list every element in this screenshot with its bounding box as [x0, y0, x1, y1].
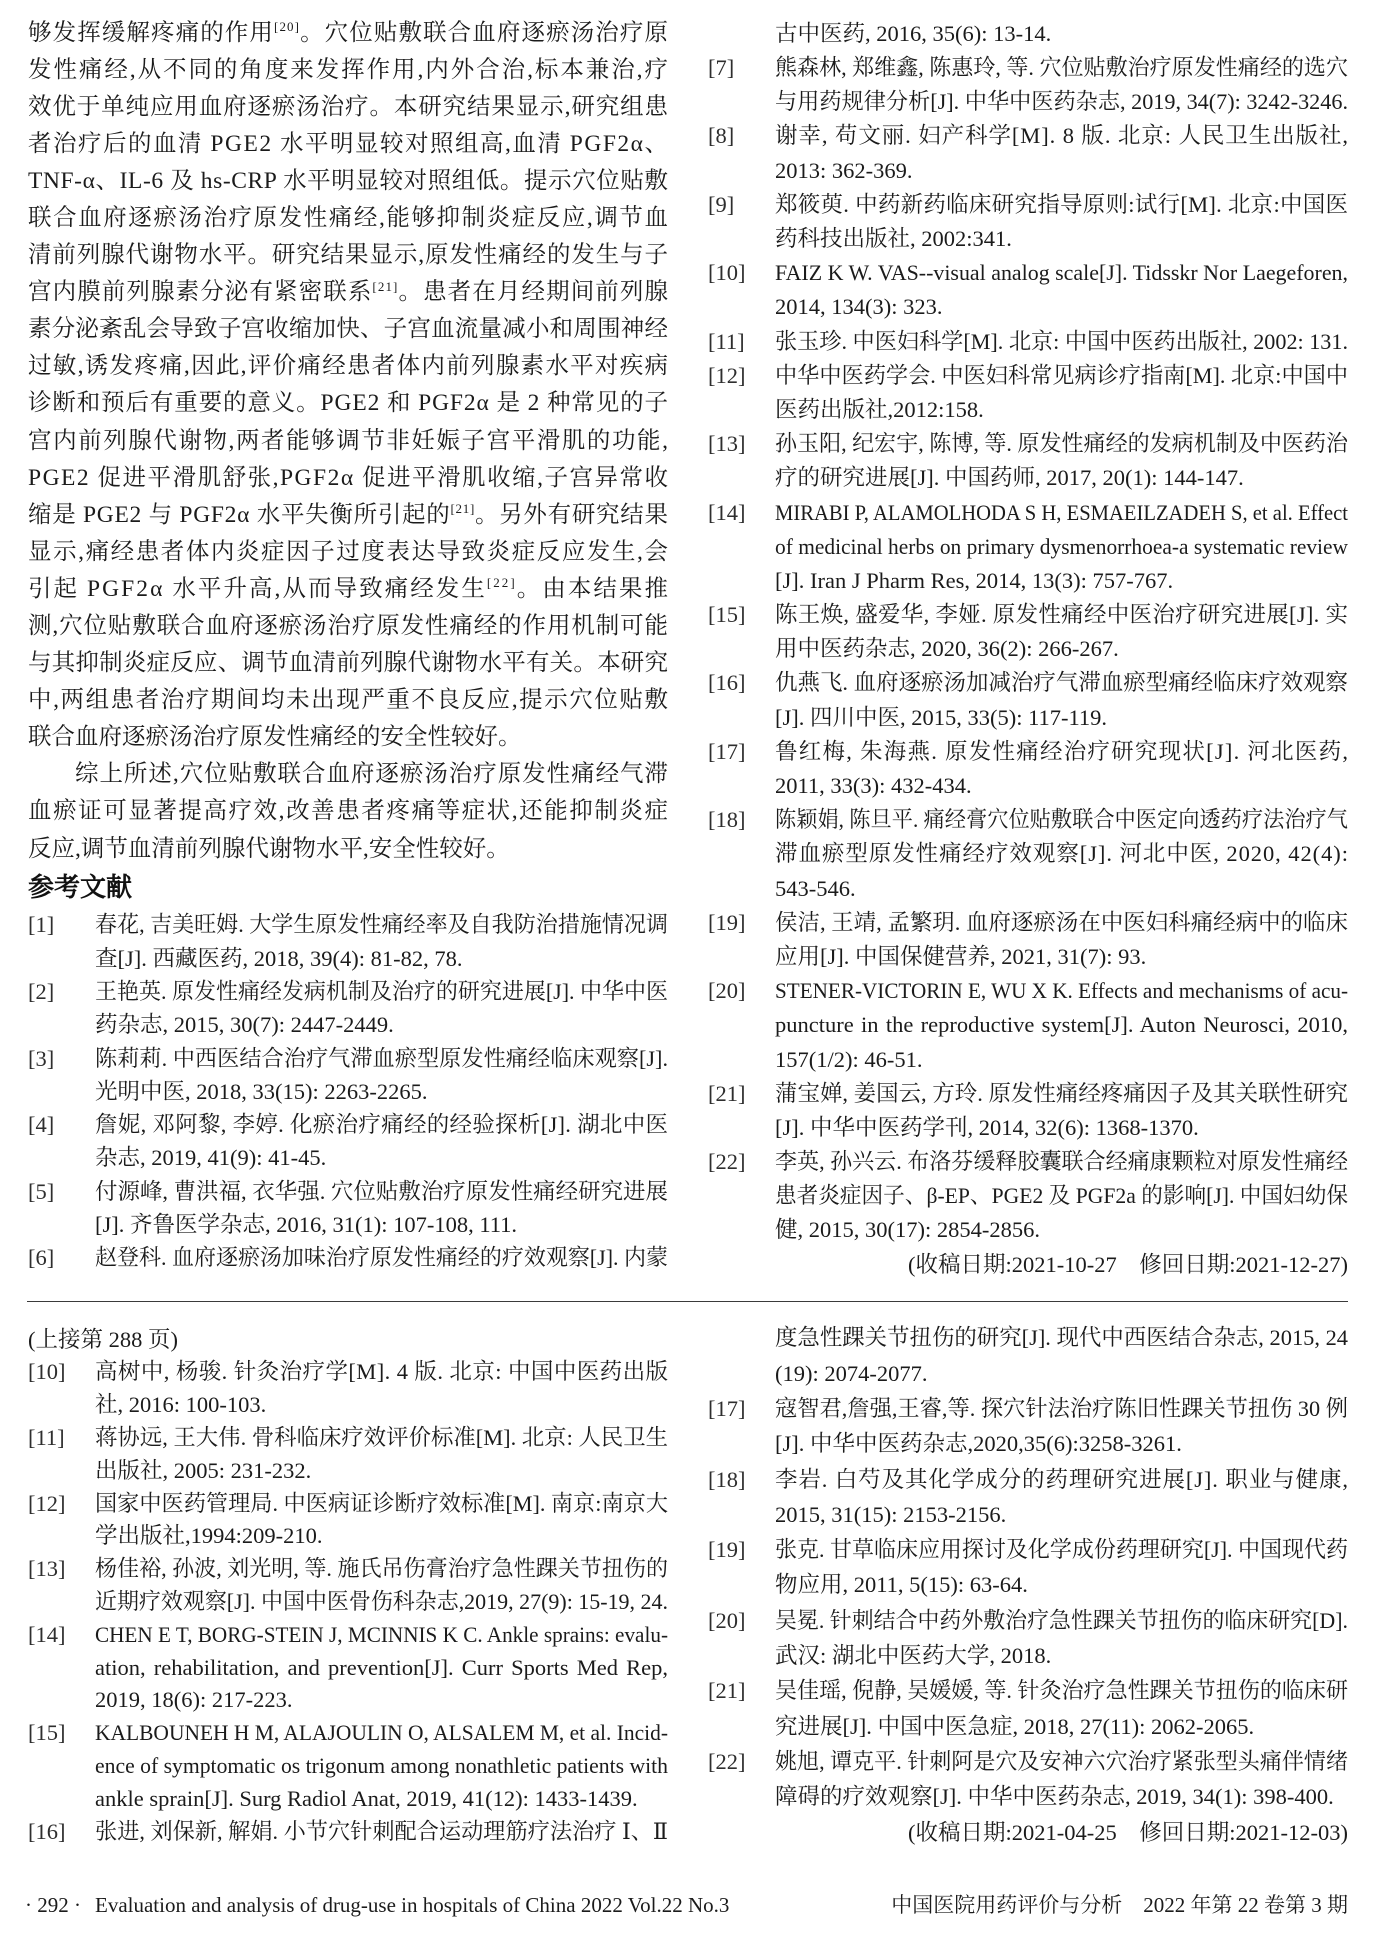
reference-line: 春花, 吉美旺姆. 大学生原发性痛经率及自我防治措施情况调 [95, 908, 668, 941]
text-line: 中,两组患者治疗期间均未出现严重不良反应,提示穴位贴敷 [28, 682, 668, 719]
line-text: 陈颖娟, 陈旦平. 痛经膏穴位贴敷联合中医定向透药疗法治疗气 [775, 803, 1348, 837]
text-line: TNF-α、IL-6 及 hs-CRP 水平明显较对照组低。提示穴位贴敷 [28, 163, 668, 200]
line-text: 仇燕飞. 血府逐瘀汤加减治疗气滞血瘀型痛经临床疗效观察 [775, 666, 1348, 700]
line-text: 与用药规律分析[J]. 中华中医药杂志, 2019, 34(7): 3242-3… [775, 85, 1348, 119]
reference-number: [21] [708, 1673, 746, 1708]
reference-line: 2019, 18(6): 217-223. [95, 1684, 668, 1717]
line-text: 张克. 甘草临床应用探讨及化学成份药理研究[J]. 中国现代药 [775, 1532, 1348, 1567]
reference-continuation-line: (19): 2074-2077. [775, 1356, 1348, 1391]
reference-line: 熊森林, 郑维鑫, 陈惠玲, 等. 穴位贴敷治疗原发性痛经的选穴 [775, 51, 1348, 85]
reference-number: [11] [708, 325, 745, 359]
reference-line: [J]. 中华中医药杂志,2020,35(6):3258-3261. [775, 1426, 1348, 1461]
reference-line: 543-546. [775, 872, 1348, 906]
reference-number: [11] [28, 1422, 65, 1455]
reference-continuation-line: 古中医药, 2016, 35(6): 13-14. [775, 17, 1348, 51]
text-line: 缩是 PGE2 与 PGF2α 水平失衡所引起的[21]。另外有研究结果 [28, 497, 668, 534]
reference-line: 出版社, 2005: 231-232. [95, 1455, 668, 1488]
line-text: 究进展[J]. 中国中医急症, 2018, 27(11): 2062-2065. [775, 1709, 1254, 1744]
line-text: 医药出版社,2012:158. [775, 393, 984, 427]
line-text: [J]. Iran J Pharm Res, 2014, 13(3): 757-… [775, 564, 1173, 598]
reference-20: [20] STENER-VICTORIN E, WU X K. Effects … [708, 974, 1348, 1077]
text-line: 清前列腺代谢物水平。研究结果显示,原发性痛经的发生与子 [28, 237, 668, 274]
line-text: 发性痛经,从不同的角度来发挥作用,内外合治,标本兼治,疗 [28, 52, 670, 89]
line-text: 者治疗后的血清 PGE2 水平明显较对照组高,血清 PGF2α、 [28, 126, 670, 163]
reference-number: [14] [28, 1619, 66, 1652]
text-line: 显示,痛经患者体内炎症因子过度表达导致炎症反应发生,会 [28, 534, 668, 571]
reference-line: 疗的研究进展[J]. 中国药师, 2017, 20(1): 144-147. [775, 461, 1348, 495]
received-revised-dates: (收稿日期:2021-10-27 修回日期:2021-12-27) [708, 1248, 1348, 1282]
citation-superscript: [21] [372, 279, 398, 294]
references-list-left: [1] 春花, 吉美旺姆. 大学生原发性痛经率及自我防治措施情况调 查[J]. … [28, 908, 668, 1274]
line-text: 姚旭, 谭克平. 针刺阿是穴及安神六穴治疗紧张型头痛伴情绪 [775, 1744, 1348, 1779]
page-number: · 292 · [25, 1893, 81, 1917]
line-text: 李岩. 白芍及其化学成分的药理研究进展[J]. 职业与健康, [775, 1462, 1349, 1497]
line-text: 出版社, 2005: 231-232. [95, 1455, 311, 1488]
reference-number: [9] [708, 188, 734, 222]
line-text: (上接第 288 页) [28, 1324, 178, 1357]
line-text: 用中医药杂志, 2020, 36(2): 266-267. [775, 632, 1119, 666]
reference-line: 郑筱萸. 中药新药临床研究指导原则:试行[M]. 北京:中国医 [775, 188, 1348, 222]
reference-number: [22] [708, 1145, 746, 1179]
text-line: 效优于单纯应用血府逐瘀汤治疗。本研究结果显示,研究组患 [28, 89, 668, 126]
reference-line: 患者炎症因子、β-EP、PGE2 及 PGF2a 的影响[J]. 中国妇幼保 [775, 1179, 1348, 1213]
reference-line: 究进展[J]. 中国中医急症, 2018, 27(11): 2062-2065. [775, 1709, 1348, 1744]
line-text: 157(1/2): 46-51. [775, 1043, 922, 1077]
line-text: 联合血府逐瘀汤治疗原发性痛经,能够抑制炎症反应,调节血 [28, 200, 670, 237]
line-text: 综上所述,穴位贴敷联合血府逐瘀汤治疗原发性痛经气滞 [75, 756, 669, 793]
line-text: 效优于单纯应用血府逐瘀汤治疗。本研究结果显示,研究组患 [28, 89, 669, 126]
reference-line: 吴佳瑶, 倪静, 吴媛媛, 等. 针灸治疗急性踝关节扭伤的临床研 [775, 1673, 1348, 1708]
reference-line: 高树中, 杨骏. 针灸治疗学[M]. 4 版. 北京: 中国中医药出版 [95, 1356, 668, 1389]
line-text: 鲁红梅, 朱海燕. 原发性痛经治疗研究现状[J]. 河北医药, [775, 735, 1349, 769]
line-text: 度急性踝关节扭伤的研究[J]. 现代中西医结合杂志, 2015, 24 [775, 1320, 1348, 1355]
line-text: ation, rehabilitation, and prevention[J]… [95, 1652, 668, 1685]
line-text: 健, 2015, 30(17): 2854-2856. [775, 1213, 1040, 1247]
reference-13: [13] 孙玉阳, 纪宏宇, 陈博, 等. 原发性痛经的发病机制及中医药治 疗的… [708, 427, 1348, 495]
text-line: 过敏,诱发疼痛,因此,评价痛经患者体内前列腺素水平对疾病 [28, 348, 668, 385]
reference-line: 孙玉阳, 纪宏宇, 陈博, 等. 原发性痛经的发病机制及中医药治 [775, 427, 1348, 461]
line-text: 联合血府逐瘀汤治疗原发性痛经的安全性较好。 [28, 719, 522, 756]
line-text: 与其抑制炎症反应、调节血清前列腺代谢物水平有关。本研究 [28, 645, 668, 682]
line-text: 2014, 134(3): 323. [775, 290, 943, 324]
citation-superscript: [21] [450, 501, 475, 516]
text-segment: 引起 PGF2α 水平升高,从而导致痛经发生 [28, 576, 487, 602]
text-segment: 。由本结果推 [517, 576, 670, 602]
reference-line: 赵登科. 血府逐瘀汤加味治疗原发性痛经的疗效观察[J]. 内蒙 [95, 1241, 668, 1274]
line-text: [J]. 中华中医药杂志,2020,35(6):3258-3261. [775, 1426, 1182, 1461]
line-text: 显示,痛经患者体内炎症因子过度表达导致炎症反应发生,会 [28, 534, 670, 571]
line-text: 张进, 刘保新, 解娟. 小节穴针刺配合运动理筋疗法治疗 Ⅰ、Ⅱ [95, 1816, 668, 1849]
line-text: STENER-VICTORIN E, WU X K. Effects and m… [775, 974, 1348, 1008]
reference-line: 寇智君,詹强,王睿,等. 探穴针法治疗陈旧性踝关节扭伤 30 例 [775, 1391, 1348, 1426]
line-text: 滞血瘀型原发性痛经疗效观察[J]. 河北中医, 2020, 42(4): [775, 837, 1349, 871]
reference-number: [16] [28, 1816, 66, 1849]
line-text: 近期疗效观察[J]. 中国中医骨伤科杂志,2019, 27(9): 15-19,… [95, 1586, 668, 1619]
line-text: 蒋协远, 王大伟. 骨科临床疗效评价标准[M]. 北京: 人民卫生 [95, 1422, 668, 1455]
line-text: 药科技出版社, 2002:341. [775, 222, 1012, 256]
conclusion-first-line: 综上所述,穴位贴敷联合血府逐瘀汤治疗原发性痛经气滞 [75, 756, 668, 793]
line-text: 谢幸, 苟文丽. 妇产科学[M]. 8 版. 北京: 人民卫生出版社, [775, 119, 1349, 153]
reference-line: 陈颖娟, 陈旦平. 痛经膏穴位贴敷联合中医定向透药疗法治疗气 [775, 803, 1348, 837]
line-text: KALBOUNEH H M, ALAJOULIN O, ALSALEM M, e… [95, 1717, 668, 1750]
line-text: 张玉珍. 中医妇科学[M]. 北京: 中国中医药出版社, 2002: 131. [775, 325, 1348, 359]
line-text: 詹妮, 邓阿黎, 李婷. 化瘀治疗痛经的经验探析[J]. 湖北中医 [95, 1108, 668, 1141]
reference-line: 仇燕飞. 血府逐瘀汤加减治疗气滞血瘀型痛经临床疗效观察 [775, 666, 1348, 700]
text-line: 引起 PGF2α 水平升高,从而导致痛经发生[22]。由本结果推 [28, 571, 668, 608]
line-text: 543-546. [775, 872, 856, 906]
reference-line: [J]. Iran J Pharm Res, 2014, 13(3): 757-… [775, 564, 1348, 598]
reference-17: [17] 寇智君,詹强,王睿,等. 探穴针法治疗陈旧性踝关节扭伤 30 例 [J… [708, 1391, 1348, 1462]
citation-superscript: [22] [487, 575, 517, 590]
line-text: (收稿日期:2021-10-27 修回日期:2021-12-27) [908, 1248, 1348, 1282]
text-line: 血瘀证可显著提高疗效,改善患者疼痛等症状,还能抑制炎症 [28, 793, 668, 830]
reference-line: 姚旭, 谭克平. 针刺阿是穴及安神六穴治疗紧张型头痛伴情绪 [775, 1744, 1348, 1779]
reference-8: [8] 谢幸, 苟文丽. 妇产科学[M]. 8 版. 北京: 人民卫生出版社, … [708, 119, 1348, 187]
reference-continuation-line: 度急性踝关节扭伤的研究[J]. 现代中西医结合杂志, 2015, 24 [775, 1320, 1348, 1355]
reference-16: [16] 张进, 刘保新, 解娟. 小节穴针刺配合运动理筋疗法治疗 Ⅰ、Ⅱ [28, 1816, 668, 1849]
reference-line: 谢幸, 苟文丽. 妇产科学[M]. 8 版. 北京: 人民卫生出版社, [775, 119, 1348, 153]
reference-11: [11] 蒋协远, 王大伟. 骨科临床疗效评价标准[M]. 北京: 人民卫生 出… [28, 1422, 668, 1488]
text-segment: 够发挥缓解疼痛的作用 [28, 20, 274, 46]
text-line: 联合血府逐瘀汤治疗原发性痛经,能够抑制炎症反应,调节血 [28, 200, 668, 237]
journal-name-english: Evaluation and analysis of drug-use in h… [95, 1893, 729, 1917]
reference-number: [12] [708, 359, 746, 393]
line-text: 诊断和预后有重要的意义。PGE2 和 PGF2α 是 2 种常见的子 [28, 385, 669, 422]
line-text: 郑筱萸. 中药新药临床研究指导原则:试行[M]. 北京:中国医 [775, 188, 1348, 222]
reference-number: [19] [708, 906, 746, 940]
reference-line: [J]. 中华中医药学刊, 2014, 32(6): 1368-1370. [775, 1111, 1348, 1145]
reference-line: ence of symptomatic os trigonum among no… [95, 1750, 668, 1783]
reference-7: [7] 熊森林, 郑维鑫, 陈惠玲, 等. 穴位贴敷治疗原发性痛经的选穴 与用药… [708, 51, 1348, 119]
page-footer-right: 中国医院用药评价与分析 2022 年第 22 卷第 3 期 [860, 1893, 1348, 1917]
reference-number: [17] [708, 735, 746, 769]
received-revised-dates: (收稿日期:2021-04-25 修回日期:2021-12-03) [708, 1815, 1348, 1850]
reference-line: 物应用, 2011, 5(15): 63-64. [775, 1567, 1348, 1602]
reference-19: [19] 张克. 甘草临床应用探讨及化学成份药理研究[J]. 中国现代药 物应用… [708, 1532, 1348, 1603]
reference-line: 吴冕. 针刺结合中药外敷治疗急性踝关节扭伤的临床研究[D]. [775, 1603, 1348, 1638]
reference-line: 张克. 甘草临床应用探讨及化学成份药理研究[J]. 中国现代药 [775, 1532, 1348, 1567]
reference-line: 鲁红梅, 朱海燕. 原发性痛经治疗研究现状[J]. 河北医药, [775, 735, 1348, 769]
journal-name-chinese: 中国医院用药评价与分析 2022 年第 22 卷第 3 期 [891, 1893, 1348, 1917]
reference-line: 2011, 33(3): 432-434. [775, 769, 1348, 803]
reference-line: 陈莉莉. 中西医结合治疗气滞血瘀型原发性痛经临床观察[J]. [95, 1042, 668, 1075]
reference-21: [21] 蒲宝婵, 姜国云, 方玲. 原发性痛经疼痛因子及其关联性研究 [J].… [708, 1077, 1348, 1145]
reference-line: ankle sprain[J]. Surg Radiol Anat, 2019,… [95, 1783, 668, 1816]
line-text: ence of symptomatic os trigonum among no… [95, 1750, 668, 1783]
reference-9: [9] 郑筱萸. 中药新药临床研究指导原则:试行[M]. 北京:中国医 药科技出… [708, 188, 1348, 256]
line-text: 陈莉莉. 中西医结合治疗气滞血瘀型原发性痛经临床观察[J]. [95, 1042, 668, 1075]
reference-number: [13] [708, 427, 746, 461]
reference-3: [3] 陈莉莉. 中西医结合治疗气滞血瘀型原发性痛经临床观察[J]. 光明中医,… [28, 1042, 668, 1109]
text-segment: 。另外有研究结果 [475, 502, 669, 528]
reference-line: 李岩. 白芍及其化学成分的药理研究进展[J]. 职业与健康, [775, 1462, 1348, 1497]
line-text: 高树中, 杨骏. 针灸治疗学[M]. 4 版. 北京: 中国中医药出版 [95, 1356, 668, 1389]
reference-line: ation, rehabilitation, and prevention[J]… [95, 1652, 668, 1685]
line-text: 中,两组患者治疗期间均未出现严重不良反应,提示穴位贴敷 [28, 682, 670, 719]
reference-line: CHEN E T, BORG-STEIN J, MCINNIS K C. Ank… [95, 1619, 668, 1652]
line-text: 赵登科. 血府逐瘀汤加味治疗原发性痛经的疗效观察[J]. 内蒙 [95, 1241, 668, 1274]
line-text: 寇智君,詹强,王睿,等. 探穴针法治疗陈旧性踝关节扭伤 30 例 [775, 1391, 1348, 1426]
line-text: puncture in the reproductive system[J]. … [775, 1008, 1348, 1042]
reference-14: [14] MIRABI P, ALAMOLHODA S H, ESMAEILZA… [708, 496, 1348, 599]
reference-line: of medicinal herbs on primary dysmenorrh… [775, 530, 1348, 564]
text-line: 者治疗后的血清 PGE2 水平明显较对照组高,血清 PGF2α、 [28, 126, 668, 163]
line-text: 古中医药, 2016, 35(6): 13-14. [775, 17, 1051, 51]
reference-number: [18] [708, 1462, 746, 1497]
reference-number: [4] [28, 1108, 54, 1141]
reference-number: [10] [28, 1356, 66, 1389]
reference-1: [1] 春花, 吉美旺姆. 大学生原发性痛经率及自我防治措施情况调 查[J]. … [28, 908, 668, 975]
text-line: 测,穴位贴敷联合血府逐瘀汤治疗原发性痛经的作用机制可能 [28, 608, 668, 645]
reference-line: KALBOUNEH H M, ALAJOULIN O, ALSALEM M, e… [95, 1717, 668, 1750]
reference-line: 医药出版社,2012:158. [775, 393, 1348, 427]
continued-references-left: (上接第 288 页) [10] 高树中, 杨骏. 针灸治疗学[M]. 4 版.… [28, 1324, 668, 1849]
discussion-text: 够发挥缓解疼痛的作用[20]。穴位贴敷联合血府逐瘀汤治疗原 发性痛经,从不同的角… [28, 15, 668, 868]
line-text: of medicinal herbs on primary dysmenorrh… [775, 530, 1348, 564]
line-text: 患者炎症因子、β-EP、PGE2 及 PGF2a 的影响[J]. 中国妇幼保 [775, 1179, 1348, 1213]
line-text: 引起 PGF2α 水平升高,从而导致痛经发生[22]。由本结果推 [28, 571, 670, 608]
reference-line: 杂志, 2019, 41(9): 41-45. [95, 1141, 668, 1174]
reference-line: 用中医药杂志, 2020, 36(2): 266-267. [775, 632, 1348, 666]
reference-number: [16] [708, 666, 746, 700]
line-text: 2011, 33(3): 432-434. [775, 769, 972, 803]
reference-line: 障碍的疗效观察[J]. 中华中医药杂志, 2019, 34(1): 398-40… [775, 1779, 1348, 1814]
text-segment: 缩是 PGE2 与 PGF2α 水平失衡所引起的 [28, 502, 450, 528]
reference-number: [6] [28, 1241, 54, 1274]
line-text: 社, 2016: 100-103. [95, 1389, 266, 1422]
line-text: 测,穴位贴敷联合血府逐瘀汤治疗原发性痛经的作用机制可能 [28, 608, 669, 645]
reference-line: 滞血瘀型原发性痛经疗效观察[J]. 河北中医, 2020, 42(4): [775, 837, 1348, 871]
reference-line: 近期疗效观察[J]. 中国中医骨伤科杂志,2019, 27(9): 15-19,… [95, 1586, 668, 1619]
reference-line: 157(1/2): 46-51. [775, 1043, 1348, 1077]
line-text: (收稿日期:2021-04-25 修回日期:2021-12-03) [908, 1815, 1348, 1850]
line-text: 中华中医药学会. 中医妇科常见病诊疗指南[M]. 北京:中国中 [775, 359, 1348, 393]
reference-11: [11] 张玉珍. 中医妇科学[M]. 北京: 中国中医药出版社, 2002: … [708, 325, 1348, 359]
reference-line: FAIZ K W. VAS--visual analog scale[J]. T… [775, 256, 1348, 290]
reference-22: [22] 姚旭, 谭克平. 针刺阿是穴及安神六穴治疗紧张型头痛伴情绪 障碍的疗效… [708, 1744, 1348, 1815]
line-text: 障碍的疗效观察[J]. 中华中医药杂志, 2019, 34(1): 398-40… [775, 1779, 1334, 1814]
text-segment: 。穴位贴敷联合血府逐瘀汤治疗原 [300, 20, 669, 46]
reference-line: 侯洁, 王靖, 孟繁玥. 血府逐瘀汤在中医妇科痛经病中的临床 [775, 906, 1348, 940]
line-text: 陈王焕, 盛爱华, 李娅. 原发性痛经中医治疗研究进展[J]. 实 [775, 598, 1348, 632]
reference-6: [6] 赵登科. 血府逐瘀汤加味治疗原发性痛经的疗效观察[J]. 内蒙 [28, 1241, 668, 1274]
line-text: 血瘀证可显著提高疗效,改善患者疼痛等症状,还能抑制炎症 [28, 793, 670, 830]
text-line: 诊断和预后有重要的意义。PGE2 和 PGF2α 是 2 种常见的子 [28, 385, 668, 422]
reference-number: [21] [708, 1077, 746, 1111]
line-text: 缩是 PGE2 与 PGF2α 水平失衡所引起的[21]。另外有研究结果 [28, 497, 669, 534]
line-text: 武汉: 湖北中医药大学, 2018. [775, 1638, 1051, 1673]
line-text: 国家中医药管理局. 中医病证诊断疗效标准[M]. 南京:南京大 [95, 1488, 668, 1521]
reference-line: 查[J]. 西藏医药, 2018, 39(4): 81-82, 78. [95, 942, 668, 975]
line-text: 应用[J]. 中国保健营养, 2021, 31(7): 93. [775, 940, 1146, 974]
reference-line: 蒲宝婵, 姜国云, 方玲. 原发性痛经疼痛因子及其关联性研究 [775, 1077, 1348, 1111]
line-text: [J]. 齐鲁医学杂志, 2016, 31(1): 107-108, 111. [95, 1208, 517, 1241]
text-line: 反应,调节血清前列腺代谢物水平,安全性较好。 [28, 831, 668, 868]
text-line: 够发挥缓解疼痛的作用[20]。穴位贴敷联合血府逐瘀汤治疗原 [28, 15, 668, 52]
reference-line: puncture in the reproductive system[J]. … [775, 1008, 1348, 1042]
footer-line: 中国医院用药评价与分析 2022 年第 22 卷第 3 期 [860, 1893, 1348, 1917]
line-text: PGE2 促进平滑肌舒张,PGF2α 促进平滑肌收缩,子宫异常收 [28, 460, 670, 497]
reference-line: 学出版社,1994:209-210. [95, 1520, 668, 1553]
reference-line: 药科技出版社, 2002:341. [775, 222, 1348, 256]
reference-number: [15] [28, 1717, 66, 1750]
reference-line: 杨佳裕, 孙波, 刘光明, 等. 施氏吊伤膏治疗急性踝关节扭伤的 [95, 1553, 668, 1586]
citation-superscript: [20] [274, 19, 300, 34]
line-text: 2015, 31(15): 2153-2156. [775, 1497, 1006, 1532]
line-text: FAIZ K W. VAS--visual analog scale[J]. T… [775, 256, 1348, 290]
continued-references-right: 度急性踝关节扭伤的研究[J]. 现代中西医结合杂志, 2015, 24 (19)… [708, 1320, 1348, 1849]
line-text: 物应用, 2011, 5(15): 63-64. [775, 1567, 1028, 1602]
reference-number: [13] [28, 1553, 66, 1586]
line-text: (19): 2074-2077. [775, 1356, 927, 1391]
reference-line: 与用药规律分析[J]. 中华中医药杂志, 2019, 34(7): 3242-3… [775, 85, 1348, 119]
section-divider [27, 1301, 1348, 1302]
reference-line: STENER-VICTORIN E, WU X K. Effects and m… [775, 974, 1348, 1008]
reference-line: 张进, 刘保新, 解娟. 小节穴针刺配合运动理筋疗法治疗 Ⅰ、Ⅱ [95, 1816, 668, 1849]
reference-18: [18] 陈颖娟, 陈旦平. 痛经膏穴位贴敷联合中医定向透药疗法治疗气 滞血瘀型… [708, 803, 1348, 906]
continued-from-note: (上接第 288 页) [28, 1324, 668, 1357]
reference-number: [18] [708, 803, 746, 837]
line-text: 过敏,诱发疼痛,因此,评价痛经患者体内前列腺素水平对疾病 [28, 348, 669, 385]
reference-line: [J]. 四川中医, 2015, 33(5): 117-119. [775, 701, 1348, 735]
reference-number: [14] [708, 496, 746, 530]
line-text: 2019, 18(6): 217-223. [95, 1684, 292, 1717]
line-text: 李英, 孙兴云. 布洛芬缓释胶囊联合经痛康颗粒对原发性痛经 [775, 1145, 1348, 1179]
line-text: [J]. 中华中医药学刊, 2014, 32(6): 1368-1370. [775, 1111, 1199, 1145]
reference-18: [18] 李岩. 白芍及其化学成分的药理研究进展[J]. 职业与健康, 2015… [708, 1462, 1348, 1533]
reference-line: 2013: 362-369. [775, 154, 1348, 188]
reference-2: [2] 王艳英. 原发性痛经发病机制及治疗的研究进展[J]. 中华中医 药杂志,… [28, 975, 668, 1042]
reference-16: [16] 仇燕飞. 血府逐瘀汤加减治疗气滞血瘀型痛经临床疗效观察 [J]. 四川… [708, 666, 1348, 734]
reference-line: 张玉珍. 中医妇科学[M]. 北京: 中国中医药出版社, 2002: 131. [775, 325, 1348, 359]
reference-22: [22] 李英, 孙兴云. 布洛芬缓释胶囊联合经痛康颗粒对原发性痛经 患者炎症因… [708, 1145, 1348, 1248]
footer-line: · 292 ·Evaluation and analysis of drug-u… [25, 1893, 760, 1917]
line-text: 清前列腺代谢物水平。研究结果显示,原发性痛经的发生与子 [28, 237, 669, 274]
reference-line: 应用[J]. 中国保健营养, 2021, 31(7): 93. [775, 940, 1348, 974]
line-text: 素分泌紊乱会导致子宫收缩加快、子宫血流量减小和周围神经 [28, 311, 668, 348]
reference-15: [15] 陈王焕, 盛爱华, 李娅. 原发性痛经中医治疗研究进展[J]. 实 用… [708, 598, 1348, 666]
line-text: 药杂志, 2015, 30(7): 2447-2449. [95, 1008, 394, 1041]
line-text: 宫内膜前列腺素分泌有紧密联系[21]。患者在月经期间前列腺 [28, 274, 669, 311]
reference-14: [14] CHEN E T, BORG-STEIN J, MCINNIS K C… [28, 1619, 668, 1717]
reference-line: [J]. 齐鲁医学杂志, 2016, 31(1): 107-108, 111. [95, 1208, 668, 1241]
reference-line: 中华中医药学会. 中医妇科常见病诊疗指南[M]. 北京:中国中 [775, 359, 1348, 393]
reference-number: [10] [708, 256, 746, 290]
line-text: 侯洁, 王靖, 孟繁玥. 血府逐瘀汤在中医妇科痛经病中的临床 [775, 906, 1348, 940]
reference-number: [17] [708, 1391, 746, 1426]
reference-number: [15] [708, 598, 746, 632]
reference-21: [21] 吴佳瑶, 倪静, 吴媛媛, 等. 针灸治疗急性踝关节扭伤的临床研 究进… [708, 1673, 1348, 1744]
reference-line: 陈王焕, 盛爱华, 李娅. 原发性痛经中医治疗研究进展[J]. 实 [775, 598, 1348, 632]
reference-20: [20] 吴冕. 针刺结合中药外敷治疗急性踝关节扭伤的临床研究[D]. 武汉: … [708, 1603, 1348, 1674]
reference-number: [20] [708, 974, 746, 1008]
line-text: 吴冕. 针刺结合中药外敷治疗急性踝关节扭伤的临床研究[D]. [775, 1603, 1348, 1638]
reference-number: [20] [708, 1603, 746, 1638]
reference-line: 付源峰, 曹洪福, 衣华强. 穴位贴敷治疗原发性痛经研究进展 [95, 1175, 668, 1208]
text-line: PGE2 促进平滑肌舒张,PGF2α 促进平滑肌收缩,子宫异常收 [28, 460, 668, 497]
text-line: 宫内膜前列腺素分泌有紧密联系[21]。患者在月经期间前列腺 [28, 274, 668, 311]
reference-19: [19] 侯洁, 王靖, 孟繁玥. 血府逐瘀汤在中医妇科痛经病中的临床 应用[J… [708, 906, 1348, 974]
reference-number: [5] [28, 1175, 54, 1208]
reference-number: [12] [28, 1488, 66, 1521]
line-text: CHEN E T, BORG-STEIN J, MCINNIS K C. Ank… [95, 1619, 668, 1652]
reference-line: 光明中医, 2018, 33(15): 2263-2265. [95, 1075, 668, 1108]
line-text: 疗的研究进展[J]. 中国药师, 2017, 20(1): 144-147. [775, 461, 1244, 495]
reference-number: [7] [708, 51, 734, 85]
reference-5: [5] 付源峰, 曹洪福, 衣华强. 穴位贴敷治疗原发性痛经研究进展 [J]. … [28, 1175, 668, 1242]
line-text: MIRABI P, ALAMOLHODA S H, ESMAEILZADEH S… [775, 496, 1348, 530]
reference-line: 2015, 31(15): 2153-2156. [775, 1497, 1348, 1532]
references-list-right: 古中医药, 2016, 35(6): 13-14. [7] 熊森林, 郑维鑫, … [708, 17, 1348, 1282]
reference-line: 李英, 孙兴云. 布洛芬缓释胶囊联合经痛康颗粒对原发性痛经 [775, 1145, 1348, 1179]
line-text: 杨佳裕, 孙波, 刘光明, 等. 施氏吊伤膏治疗急性踝关节扭伤的 [95, 1553, 668, 1586]
reference-line: 蒋协远, 王大伟. 骨科临床疗效评价标准[M]. 北京: 人民卫生 [95, 1422, 668, 1455]
text-segment: 。患者在月经期间前列腺 [398, 279, 669, 305]
text-line: 联合血府逐瘀汤治疗原发性痛经的安全性较好。 [28, 719, 668, 756]
line-text: [J]. 四川中医, 2015, 33(5): 117-119. [775, 701, 1107, 735]
line-text: 吴佳瑶, 倪静, 吴媛媛, 等. 针灸治疗急性踝关节扭伤的临床研 [775, 1673, 1348, 1708]
line-text: 孙玉阳, 纪宏宇, 陈博, 等. 原发性痛经的发病机制及中医药治 [775, 427, 1348, 461]
reference-number: [2] [28, 975, 54, 1008]
reference-15: [15] KALBOUNEH H M, ALAJOULIN O, ALSALEM… [28, 1717, 668, 1815]
reference-line: 国家中医药管理局. 中医病证诊断疗效标准[M]. 南京:南京大 [95, 1488, 668, 1521]
reference-line: 药杂志, 2015, 30(7): 2447-2449. [95, 1008, 668, 1041]
reference-17: [17] 鲁红梅, 朱海燕. 原发性痛经治疗研究现状[J]. 河北医药, 201… [708, 735, 1348, 803]
text-line: 素分泌紊乱会导致子宫收缩加快、子宫血流量减小和周围神经 [28, 311, 668, 348]
reference-line: 社, 2016: 100-103. [95, 1389, 668, 1422]
line-text: · 292 ·Evaluation and analysis of drug-u… [25, 1893, 729, 1917]
line-text: 学出版社,1994:209-210. [95, 1520, 323, 1553]
line-text: 宫内前列腺代谢物,两者能够调节非妊娠子宫平滑肌的功能, [28, 423, 670, 460]
reference-line: 王艳英. 原发性痛经发病机制及治疗的研究进展[J]. 中华中医 [95, 975, 668, 1008]
line-text: 蒲宝婵, 姜国云, 方玲. 原发性痛经疼痛因子及其关联性研究 [775, 1077, 1348, 1111]
line-text: 付源峰, 曹洪福, 衣华强. 穴位贴敷治疗原发性痛经研究进展 [95, 1175, 668, 1208]
text-line: 宫内前列腺代谢物,两者能够调节非妊娠子宫平滑肌的功能, [28, 423, 668, 460]
reference-line: 健, 2015, 30(17): 2854-2856. [775, 1213, 1348, 1247]
line-text: TNF-α、IL-6 及 hs-CRP 水平明显较对照组低。提示穴位贴敷 [28, 163, 669, 200]
line-text: ankle sprain[J]. Surg Radiol Anat, 2019,… [95, 1783, 638, 1816]
text-segment: 宫内膜前列腺素分泌有紧密联系 [28, 279, 372, 305]
line-text: 王艳英. 原发性痛经发病机制及治疗的研究进展[J]. 中华中医 [95, 975, 668, 1008]
reference-line: 武汉: 湖北中医药大学, 2018. [775, 1638, 1348, 1673]
line-text: 反应,调节血清前列腺代谢物水平,安全性较好。 [28, 831, 510, 868]
line-text: 春花, 吉美旺姆. 大学生原发性痛经率及自我防治措施情况调 [95, 908, 668, 941]
reference-13: [13] 杨佳裕, 孙波, 刘光明, 等. 施氏吊伤膏治疗急性踝关节扭伤的 近期… [28, 1553, 668, 1619]
reference-line: 詹妮, 邓阿黎, 李婷. 化瘀治疗痛经的经验探析[J]. 湖北中医 [95, 1108, 668, 1141]
line-text: 杂志, 2019, 41(9): 41-45. [95, 1141, 326, 1174]
reference-number: [8] [708, 119, 734, 153]
line-text: 查[J]. 西藏医药, 2018, 39(4): 81-82, 78. [95, 942, 462, 975]
reference-number: [3] [28, 1042, 54, 1075]
text-line: 发性痛经,从不同的角度来发挥作用,内外合治,标本兼治,疗 [28, 52, 668, 89]
reference-line: MIRABI P, ALAMOLHODA S H, ESMAEILZADEH S… [775, 496, 1348, 530]
reference-12: [12] 国家中医药管理局. 中医病证诊断疗效标准[M]. 南京:南京大 学出版… [28, 1488, 668, 1554]
line-text: 光明中医, 2018, 33(15): 2263-2265. [95, 1075, 427, 1108]
reference-number: [22] [708, 1744, 746, 1779]
line-text: 2013: 362-369. [775, 154, 913, 188]
page-footer-left: · 292 ·Evaluation and analysis of drug-u… [25, 1893, 760, 1917]
reference-line: 2014, 134(3): 323. [775, 290, 1348, 324]
reference-number: [19] [708, 1532, 746, 1567]
reference-12: [12] 中华中医药学会. 中医妇科常见病诊疗指南[M]. 北京:中国中 医药出… [708, 359, 1348, 427]
text-line: 与其抑制炎症反应、调节血清前列腺代谢物水平有关。本研究 [28, 645, 668, 682]
line-text: 熊森林, 郑维鑫, 陈惠玲, 等. 穴位贴敷治疗原发性痛经的选穴 [775, 51, 1348, 85]
references-heading: 参考文献 [28, 870, 132, 906]
reference-number: [1] [28, 908, 54, 941]
reference-4: [4] 詹妮, 邓阿黎, 李婷. 化瘀治疗痛经的经验探析[J]. 湖北中医 杂志… [28, 1108, 668, 1175]
line-text: 够发挥缓解疼痛的作用[20]。穴位贴敷联合血府逐瘀汤治疗原 [28, 15, 669, 52]
reference-10: [10] 高树中, 杨骏. 针灸治疗学[M]. 4 版. 北京: 中国中医药出版… [28, 1356, 668, 1422]
